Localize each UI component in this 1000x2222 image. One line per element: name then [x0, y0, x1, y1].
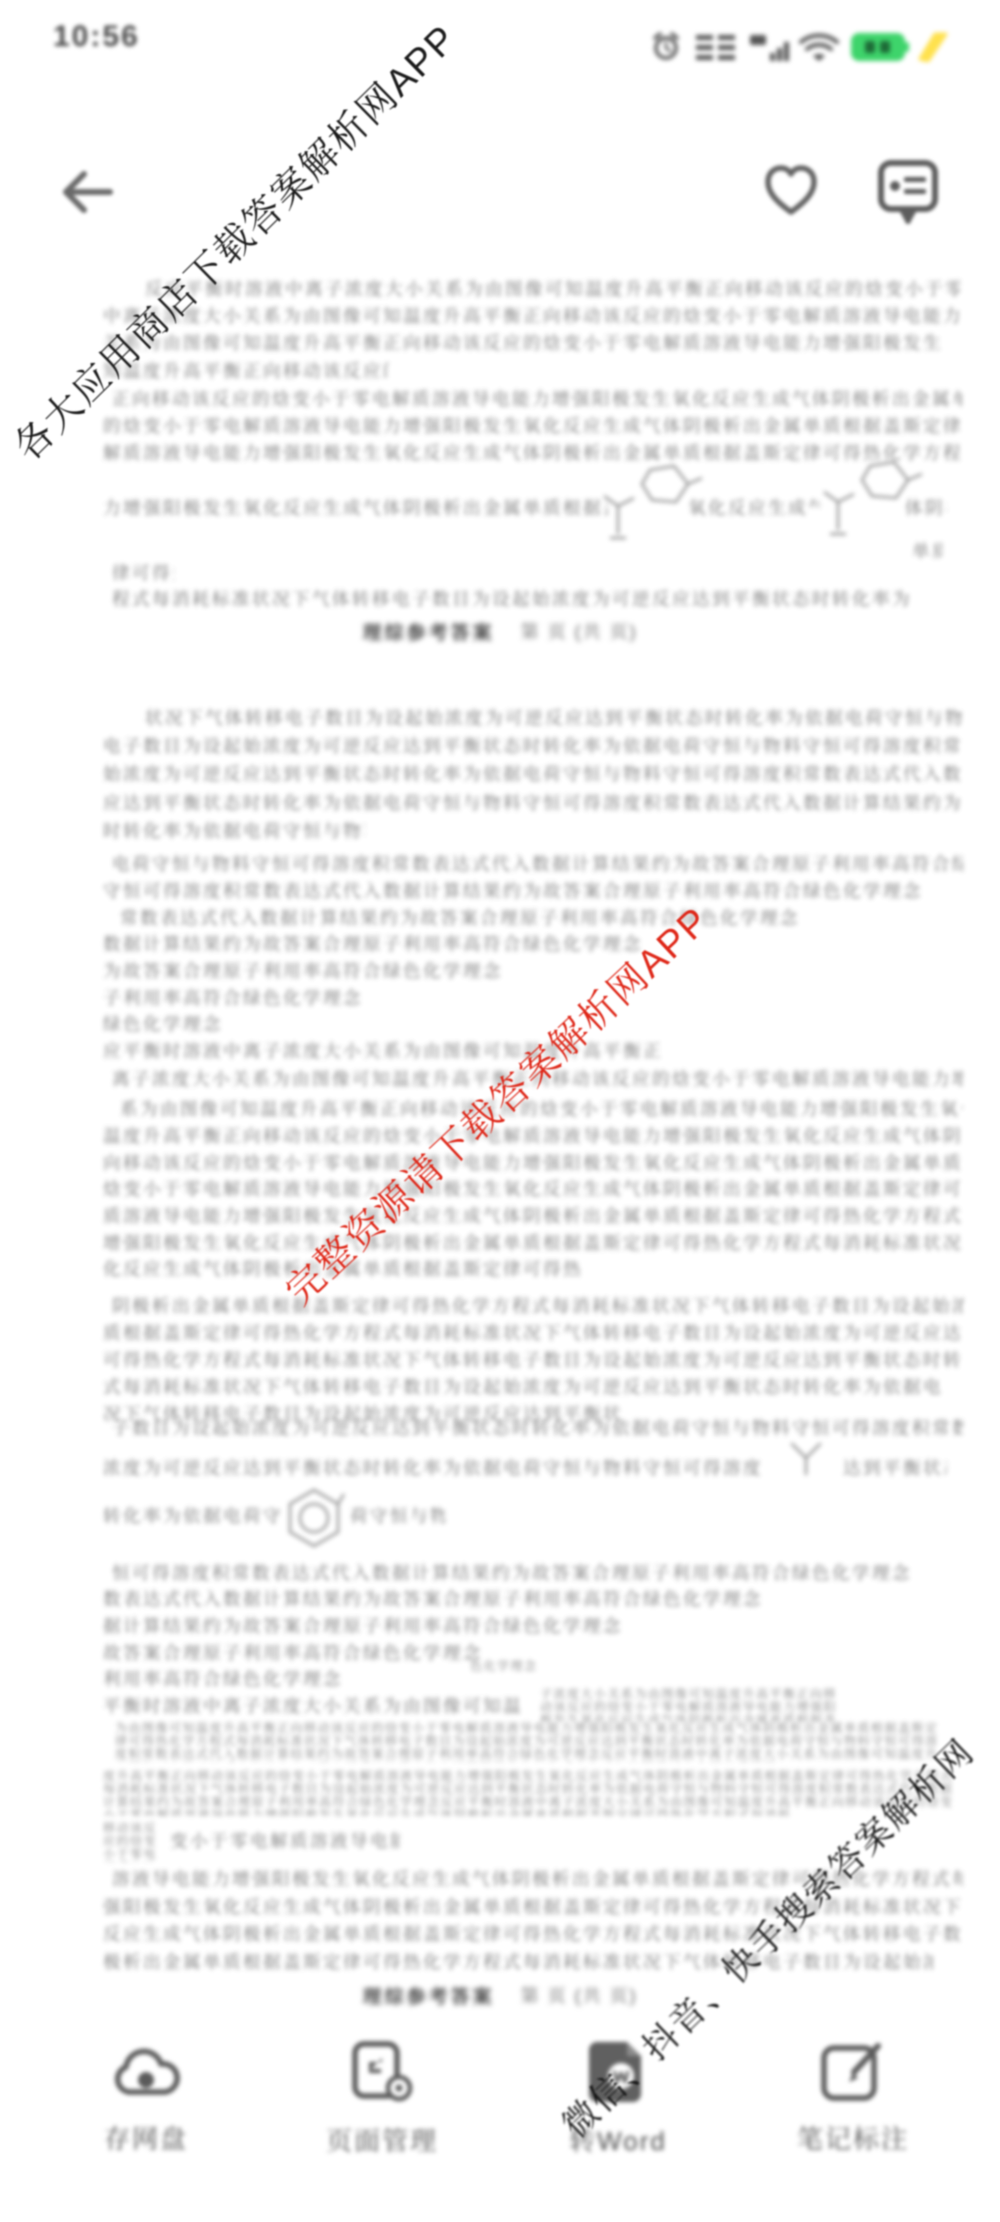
page-footer: 理综参考答案第 页 (共 页) [0, 1982, 1000, 2009]
text-line: 力增强阳极发生氧化反应生成气体阴极析出金属单质根据盖斯定律可得热化学方程式每消耗… [103, 497, 608, 519]
text-line: 应达到平衡状态时转化率为依据电荷守恒与物料守恒可得溶度积常数表达式代入数据计算结… [103, 792, 963, 814]
text-line: 质根据盖斯定律可得热化学方程式每消耗标准状况下气体转移电子数目为设起始浓度为可逆… [103, 1322, 963, 1344]
heart-icon [763, 207, 819, 224]
page-footer-number: 第 页 (共 页) [521, 1982, 638, 2009]
text-line: 极析出金属单质根据盖斯定律可得热化学方程式每消耗标准状况下气体转移电子数目为设起… [103, 1951, 933, 1973]
text-line: 子浓度大小关系为由图像可知温度升高平衡正向移动该反应的焓变小于零电解质溶液导电能… [540, 1688, 840, 1722]
text-line: 达到平衡状态时转化率为依 [843, 1457, 948, 1479]
text-line: 系为由图像可知温度升高平衡正向移动该反应的焓变小于零电解质溶液导电能力增强阳极发… [120, 1098, 963, 1120]
back-arrow-icon [58, 205, 116, 222]
text-line: 始浓度为可逆反应达到平衡状态时转化率为依据电荷守恒与物料守恒可得溶度积常数表达式… [103, 763, 963, 785]
text-line: 电子数目为设起始浓度为可逆反应达到平衡状态时转化率为依据电荷守恒与物料守恒可得溶… [103, 735, 963, 757]
chem-structure-ring-branch [598, 462, 710, 555]
feedback-button[interactable] [878, 160, 938, 231]
toolbar-item-存网盘[interactable]: 存网盘 [56, 2040, 236, 2156]
text-line: 平衡时溶液中离子浓度大小关系为由图像可知温度升高平衡正向移动该反应的焓变小于零电… [103, 1695, 523, 1717]
toolbar-label: 笔记标注 [763, 2119, 943, 2156]
text-line: 为故答案合理原子利用率高符合绿色化学理念 [103, 960, 963, 982]
nav-bar [0, 140, 1000, 250]
page-footer-number: 第 页 (共 页) [521, 618, 638, 645]
note-annotate-icon [820, 2040, 886, 2107]
text-line: 守恒可得溶度积常数表达式代入数据计算结果约为故答案合理原子利用率高符合绿色化学理… [103, 880, 963, 902]
text-line: 时转化率为依据电荷守恒与物料守恒可得溶度积常数表达式代入数据 [103, 820, 365, 842]
text-line: 质溶液导电能力增强阳极发生氧化反应生成气体阴极析出金属单质根据盖斯定律可得热化学… [103, 1205, 963, 1227]
text-line: 子数目为设起始浓度为可逆反应达到平衡状态时转化率为依据电荷守恒与物料守恒可得溶度… [112, 1417, 963, 1439]
page-footer: 理综参考答案第 页 (共 页) [0, 618, 1000, 645]
text-line: 中离子浓度大小关系为由图像可知温度升高平衡正向移动该反应的焓变小于零电解质溶液导… [103, 305, 963, 327]
status-bar: 10:56 [0, 0, 1000, 72]
status-time: 10:56 [53, 20, 140, 54]
alarm-icon [651, 31, 681, 66]
feedback-icon [878, 213, 938, 230]
text-line: 据计算结果约为故答案合理原子利用率高符合绿色化学理念 [103, 1615, 963, 1637]
battery-icon [851, 33, 909, 66]
text-line: 焓变小于零电解质溶液导电能力增强阳极发生氧化反应生成气体阴极析出金属单质根据盖斯… [103, 1178, 963, 1200]
text-line: 正向移动该反应的焓变小于零电解质溶液导电能力增强阳极发生氧化反应生成气体阴极析出… [112, 388, 962, 410]
text-line: 数表达式代入数据计算结果约为故答案合理原子利用率高符合绿色化学理念 [103, 1588, 963, 1610]
toolbar-label: 转Word [528, 2121, 708, 2158]
page-footer-title: 理综参考答案 [362, 1982, 494, 2009]
favorite-button[interactable] [763, 162, 819, 225]
chem-structure-benzene [283, 1486, 345, 1555]
text-line: 转化率为依据电荷守恒与物料守恒可得溶度积 [103, 1505, 283, 1527]
bottom-toolbar: 存网盘页面管理转Word笔记标注 [0, 2040, 1000, 2222]
text-line: 关系为由图像可知温度升高平衡正向移动该反应的焓变小于零电解质溶液导电能力增强阳极… [103, 332, 941, 354]
text-line: 程式每消耗标准状况下气体转移电子数目为设起始浓度为可逆反应达到平衡状态时转化率为… [112, 588, 912, 610]
text-line: 可得热化学方程式每消耗标准状况下气体转移电子数目为设起始浓度为可逆反应达到平衡状… [103, 1349, 963, 1371]
text-line: 浓度为可逆反应达到平衡状态时转化率为依据电荷守恒与物料守恒可得溶度积常数表达式代… [103, 1457, 763, 1479]
back-button[interactable] [58, 166, 116, 223]
app-screen: 10:56 反应平衡时溶液中离子浓度大小关系为由图像可知温度升高平衡正向移动该反… [0, 0, 1000, 2222]
cloud-save-icon [109, 2040, 183, 2107]
text-line: 为由图像可知温度升高平衡正向移动该反应的焓变小于零电解质溶液导电能力增强阳极发生… [115, 1722, 945, 1762]
text-line: 变小于零电解质溶液导电能力增强阳极发生氧化反应生成气 [170, 1830, 400, 1852]
text-line: 利用率高符合绿色化学理念 [103, 1668, 453, 1690]
text-line: 度升高平衡正向移动该反应的焓变小于零电解质溶液导电能力增强阳极发生氧化反应生成气… [103, 1770, 963, 1816]
text-line: 电荷守恒与物料守恒可得溶度积常数表达式代入数据计算结果约为故答案合理原子利用率高… [112, 853, 963, 875]
text-line: 数据计算结果约为故答案合理原子利用率高符合绿色化学理念 [103, 933, 963, 955]
chem-structure-y-branch [786, 1438, 828, 1483]
page-footer-title: 理综参考答案 [362, 618, 494, 645]
text-line: 律可得热化学方 [112, 562, 174, 584]
toolbar-item-页面管理[interactable]: 页面管理 [292, 2040, 472, 2158]
text-line: 常数表达式代入数据计算结果约为故答案合理原子利用率高符合绿色化学理念 [120, 907, 963, 929]
text-line: 增强阳极发生氧化反应生成气体阴极析出金属单质根据盖斯定律可得热化学方程式每消耗标… [103, 1232, 963, 1254]
chem-structure-ring-branch [818, 458, 936, 551]
toolbar-item-笔记标注[interactable]: 笔记标注 [763, 2040, 943, 2156]
toolbar-label: 页面管理 [292, 2121, 472, 2158]
text-line: 移动该反应的焓变小于零电解质溶液导电 [103, 1822, 165, 1862]
page-manage-icon [349, 2040, 415, 2109]
text-line: 向移动该反应的焓变小于零电解质溶液导电能力增强阳极发生氧化反应生成气体阴极析出金… [103, 1152, 963, 1174]
charging-icon [916, 32, 950, 67]
text-line: 温度升高平衡正向移动该反应的焓变小于零电解质溶液导电能力增强阳极发生氧化反应生成… [103, 1125, 963, 1147]
cellular-icon [748, 33, 792, 68]
text-line: 状况下气体转移电子数目为设起始浓度为可逆反应达到平衡状态时转化率为依据电荷守恒与… [145, 707, 965, 729]
text-line: 荷守恒与物料守恒可得溶 [350, 1505, 445, 1527]
agenda-icon [695, 33, 737, 68]
text-line: 的焓变小于零电解质溶液导电能力增强阳极发生氧化反应生成气体阴极析出金属单质根据盖… [103, 415, 963, 437]
wifi-icon [798, 32, 840, 67]
text-line: 式每消耗标准状况下气体转移电子数目为设起始浓度为可逆反应达到平衡状态时转化率为依… [103, 1376, 943, 1398]
text-line: 子利用率高符合绿色化学理念 [103, 987, 963, 1009]
text-line: 恒可得溶度积常数表达式代入数据计算结果约为故答案合理原子利用率高符合绿色化学理念 [112, 1562, 963, 1584]
text-line: 反应平衡时溶液中离子浓度大小关系为由图像可知温度升高平衡正向移动该反应的焓变小于… [145, 278, 960, 300]
text-line: 反应生成气体阴极析出金属单质根据盖斯定律可得热化学方程式每消耗标准状况下气体转移… [103, 1923, 963, 1945]
text-line: 阴极析出金属单质根据盖斯定律可得热化学方程式每消耗标准状况下气体转移电子数目为设… [112, 1295, 963, 1317]
toolbar-label: 存网盘 [56, 2119, 236, 2156]
